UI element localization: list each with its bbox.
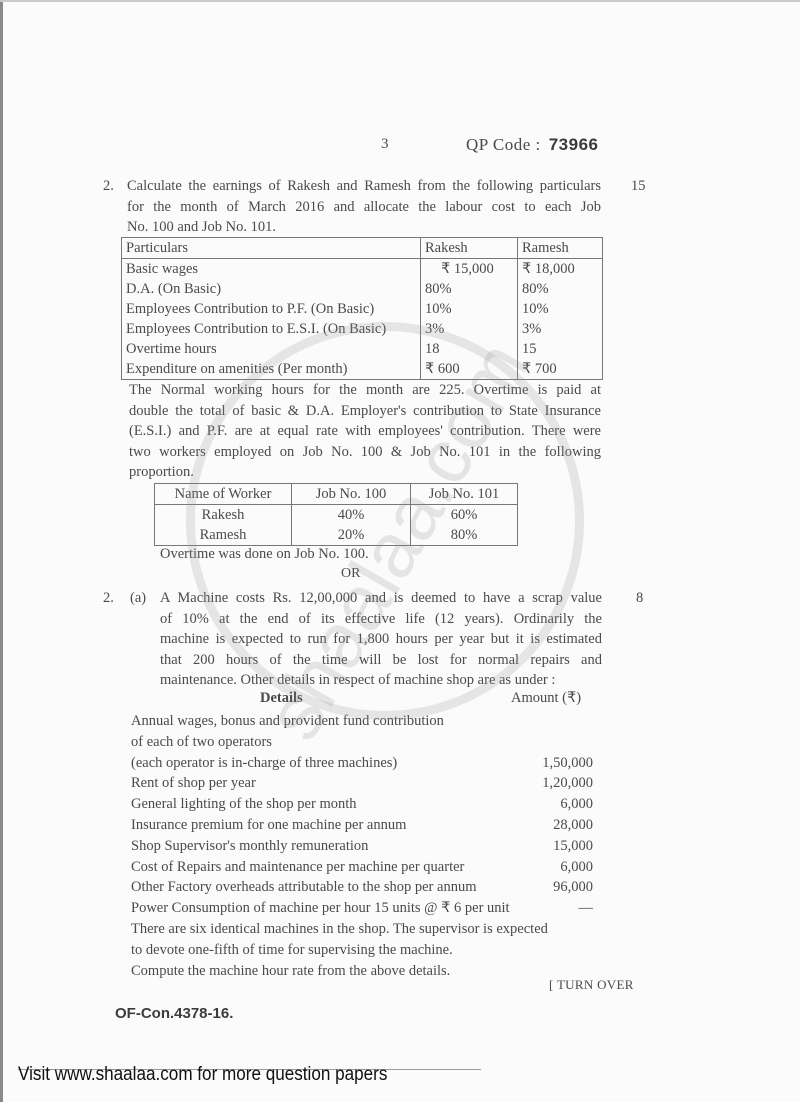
list-item: Rent of shop per year1,20,000	[131, 773, 593, 794]
table-cell: 80%	[518, 279, 603, 299]
page-number: 3	[381, 136, 389, 153]
list-item: Power Consumption of machine per hour 15…	[131, 898, 593, 919]
question-1-notes-line: proportion.	[129, 462, 601, 483]
list-item: to devote one-fifth of time for supervis…	[131, 940, 593, 961]
table-cell: 20%	[292, 525, 411, 546]
question-1-number: 2.	[103, 178, 114, 195]
table-cell: 10%	[518, 299, 603, 319]
list-item: of each of two operators	[131, 732, 593, 753]
job-allocation-table: Name of Worker Job No. 100 Job No. 101 R…	[154, 483, 518, 546]
list-item: There are six identical machines in the …	[131, 919, 593, 940]
detail-amount	[523, 732, 593, 753]
table-cell: ₹ 600	[421, 359, 518, 380]
question-2-intro-line: A Machine costs Rs. 12,00,000 and is dee…	[160, 588, 602, 609]
detail-amount: —	[523, 898, 593, 919]
table-cell: 80%	[421, 279, 518, 299]
table-cell: Expenditure on amenities (Per month)	[122, 359, 421, 380]
table-row: Employees Contribution to P.F. (On Basic…	[122, 299, 603, 319]
detail-amount	[523, 711, 593, 732]
details-header: Details	[260, 690, 303, 707]
list-item: Shop Supervisor's monthly remuneration15…	[131, 836, 593, 857]
detail-label: There are six identical machines in the …	[131, 919, 548, 940]
qp-code-label: QP Code :	[466, 135, 541, 154]
detail-label: Annual wages, bonus and provident fund c…	[131, 711, 444, 732]
table-cell: 10%	[421, 299, 518, 319]
question-1-notes-line: two workers employed on Job No. 100 & Jo…	[129, 442, 601, 463]
turn-over-note: [ TURN OVER	[549, 977, 634, 993]
table-cell: ₹ 700	[518, 359, 603, 380]
detail-amount: 6,000	[523, 794, 593, 815]
detail-label: General lighting of the shop per month	[131, 794, 357, 815]
table-row: Employees Contribution to E.S.I. (On Bas…	[122, 319, 603, 339]
detail-label: Insurance premium for one machine per an…	[131, 815, 406, 836]
list-item: Cost of Repairs and maintenance per mach…	[131, 857, 593, 878]
table-header-row: Particulars Rakesh Ramesh	[122, 238, 603, 259]
detail-amount	[548, 919, 618, 940]
list-item: Annual wages, bonus and provident fund c…	[131, 711, 593, 732]
table-cell: 60%	[411, 505, 518, 526]
earnings-particulars-table: Particulars Rakesh Ramesh Basic wages ₹ …	[121, 237, 603, 380]
machine-shop-details: Annual wages, bonus and provident fund c…	[131, 711, 593, 981]
paper-code: OF-Con.4378-16.	[115, 1005, 233, 1022]
table-header-cell: Rakesh	[421, 238, 518, 259]
detail-label: Power Consumption of machine per hour 15…	[131, 898, 510, 919]
detail-amount: 1,50,000	[523, 753, 593, 774]
list-item: Compute the machine hour rate from the a…	[131, 961, 593, 982]
list-item: (each operator is in-charge of three mac…	[131, 753, 593, 774]
question-2-number: 2.	[103, 590, 114, 607]
list-item: General lighting of the shop per month6,…	[131, 794, 593, 815]
detail-label: Compute the machine hour rate from the a…	[131, 961, 450, 982]
question-1-intro: Calculate the earnings of Rakesh and Ram…	[127, 176, 601, 238]
detail-amount: 6,000	[523, 857, 593, 878]
detail-label: of each of two operators	[131, 732, 272, 753]
visit-link[interactable]: Visit www.shaalaa.com for more question …	[18, 1064, 387, 1086]
list-item: Other Factory overheads attributable to …	[131, 877, 593, 898]
question-2-intro-line: that 200 hours of the time will be lost …	[160, 650, 602, 671]
qp-code: QP Code :73966	[466, 135, 599, 155]
table-header-row: Name of Worker Job No. 100 Job No. 101	[155, 484, 518, 505]
table-header-cell: Job No. 100	[292, 484, 411, 505]
detail-label: (each operator is in-charge of three mac…	[131, 753, 397, 774]
question-2-intro-line: maintenance. Other details in respect of…	[160, 670, 602, 691]
table-cell: 3%	[421, 319, 518, 339]
table-cell: Overtime hours	[122, 339, 421, 359]
table-cell: ₹ 18,000	[518, 259, 603, 280]
table-row: Ramesh 20% 80%	[155, 525, 518, 546]
table-row: Basic wages ₹ 15,000 ₹ 18,000	[122, 259, 603, 280]
detail-label: Cost of Repairs and maintenance per mach…	[131, 857, 464, 878]
table-cell: Rakesh	[155, 505, 292, 526]
list-item: Insurance premium for one machine per an…	[131, 815, 593, 836]
question-1-intro-line: for the month of March 2016 and allocate…	[127, 197, 601, 218]
question-1-notes: The Normal working hours for the month a…	[129, 380, 601, 483]
question-2-intro-line: of 10% at the end of its effective life …	[160, 609, 602, 630]
table-row: Expenditure on amenities (Per month) ₹ 6…	[122, 359, 603, 380]
table-cell: ₹ 15,000	[421, 259, 518, 280]
amount-header: Amount (₹)	[511, 690, 581, 707]
detail-label: Other Factory overheads attributable to …	[131, 877, 476, 898]
detail-amount: 28,000	[523, 815, 593, 836]
table-cell: 80%	[411, 525, 518, 546]
table-cell: D.A. (On Basic)	[122, 279, 421, 299]
detail-label: Shop Supervisor's monthly remuneration	[131, 836, 368, 857]
question-2-part: (a)	[130, 590, 146, 607]
table-header-cell: Job No. 101	[411, 484, 518, 505]
table-cell: 15	[518, 339, 603, 359]
question-2-intro-line: machine is expected to run for 1,800 hou…	[160, 629, 602, 650]
table-header-cell: Particulars	[122, 238, 421, 259]
table-header-cell: Name of Worker	[155, 484, 292, 505]
question-1-intro-line: No. 100 and Job No. 101.	[127, 217, 601, 238]
question-1-marks: 15	[631, 178, 646, 195]
table-cell: Employees Contribution to E.S.I. (On Bas…	[122, 319, 421, 339]
table-row: Overtime hours 18 15	[122, 339, 603, 359]
table-cell: Ramesh	[155, 525, 292, 546]
question-1-notes-line: The Normal working hours for the month a…	[129, 380, 601, 401]
detail-label: to devote one-fifth of time for supervis…	[131, 940, 453, 961]
scan-edge-left	[0, 0, 3, 1102]
detail-amount	[523, 940, 593, 961]
overtime-note: Overtime was done on Job No. 100.	[160, 546, 369, 563]
detail-amount: 1,20,000	[523, 773, 593, 794]
scan-edge-top	[0, 0, 800, 2]
detail-amount: 96,000	[523, 877, 593, 898]
question-1-notes-line: double the total of basic & D.A. Employe…	[129, 401, 601, 422]
detail-label: Rent of shop per year	[131, 773, 256, 794]
table-row: Rakesh 40% 60%	[155, 505, 518, 526]
question-1-notes-line: (E.S.I.) and P.F. are at equal rate with…	[129, 421, 601, 442]
or-separator: OR	[341, 566, 360, 582]
qp-code-value: 73966	[549, 135, 599, 154]
table-cell: 40%	[292, 505, 411, 526]
table-cell: 18	[421, 339, 518, 359]
table-cell: Employees Contribution to P.F. (On Basic…	[122, 299, 421, 319]
question-1-intro-line: Calculate the earnings of Rakesh and Ram…	[127, 176, 601, 197]
table-cell: Basic wages	[122, 259, 421, 280]
detail-amount: 15,000	[523, 836, 593, 857]
question-2-intro: A Machine costs Rs. 12,00,000 and is dee…	[160, 588, 602, 691]
question-2-marks: 8	[636, 590, 643, 607]
table-row: D.A. (On Basic) 80% 80%	[122, 279, 603, 299]
table-header-cell: Ramesh	[518, 238, 603, 259]
table-cell: 3%	[518, 319, 603, 339]
